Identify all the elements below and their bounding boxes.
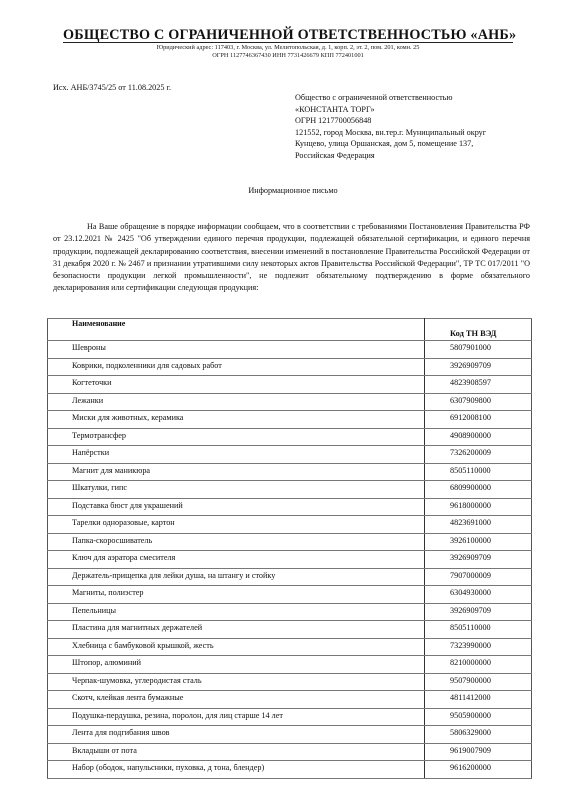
product-name-cell: Пластина для магнитных держателей xyxy=(48,621,425,639)
table-row: Когтеточки4823908597 xyxy=(48,376,532,394)
recipient-line: Кунцево, улица Оршанская, дом 5, помещен… xyxy=(295,138,486,150)
product-name-cell: Шевроны xyxy=(48,341,425,359)
product-name-cell: Лежанки xyxy=(48,393,425,411)
table-body: Шевроны5807901000Коврики, подколенники д… xyxy=(48,341,532,779)
product-name-cell: Напёрстки xyxy=(48,446,425,464)
hs-code-cell: 3926100000 xyxy=(425,533,532,551)
hs-code-cell: 9616200000 xyxy=(425,761,532,779)
hs-code-cell: 7323990000 xyxy=(425,638,532,656)
hs-code-cell: 6304930000 xyxy=(425,586,532,604)
hs-code-cell: 5807901000 xyxy=(425,341,532,359)
hs-code-cell: 7907000009 xyxy=(425,568,532,586)
product-name-cell: Держатель-прищепка для лейки душа, на шт… xyxy=(48,568,425,586)
table-row: Магниты, полиэстер6304930000 xyxy=(48,586,532,604)
hs-code-cell: 8505110000 xyxy=(425,621,532,639)
product-name-cell: Магнит для маникюра xyxy=(48,463,425,481)
table-row: Черпак-шумовка, углеродистая сталь950790… xyxy=(48,673,532,691)
product-name-cell: Хлебница с бамбуковой крышкой, жесть xyxy=(48,638,425,656)
table-row: Лента для подгибания швов5806329000 xyxy=(48,726,532,744)
table-row: Термотрансфер4908900000 xyxy=(48,428,532,446)
table-row: Пепельницы3926909709 xyxy=(48,603,532,621)
table-row: Ключ для аэратора смесителя3926909709 xyxy=(48,551,532,569)
header-divider xyxy=(63,42,513,43)
table-row: Лежанки6307909800 xyxy=(48,393,532,411)
product-name-cell: Папка-скоросшиватель xyxy=(48,533,425,551)
hs-code-cell: 9618000000 xyxy=(425,498,532,516)
product-name-cell: Скотч, клейкая лента бумажные xyxy=(48,691,425,709)
recipient-line: «КОНСТАНТА ТОРГ» xyxy=(295,104,486,116)
hs-code-cell: 4811412000 xyxy=(425,691,532,709)
table-row: Штопор, алюминий8210000000 xyxy=(48,656,532,674)
product-name-cell: Когтеточки xyxy=(48,376,425,394)
hs-code-cell: 5806329000 xyxy=(425,726,532,744)
product-name-cell: Набор (ободок, напульсники, пуховка, д т… xyxy=(48,761,425,779)
hs-code-cell: 9505900000 xyxy=(425,708,532,726)
product-name-cell: Черпак-шумовка, углеродистая сталь xyxy=(48,673,425,691)
column-header-code: Код ТН ВЭД xyxy=(425,319,532,341)
product-name-cell: Магниты, полиэстер xyxy=(48,586,425,604)
product-name-cell: Термотрансфер xyxy=(48,428,425,446)
hs-code-cell: 3926909709 xyxy=(425,551,532,569)
hs-code-cell: 3926909709 xyxy=(425,358,532,376)
legal-address: Юридический адрес: 117403, г. Москва, ул… xyxy=(63,44,513,51)
product-name-cell: Вкладыши от пота xyxy=(48,743,425,761)
table-row: Папка-скоросшиватель3926100000 xyxy=(48,533,532,551)
recipient-line: Российская Федерация xyxy=(295,150,486,162)
hs-code-cell: 9619007909 xyxy=(425,743,532,761)
table-row: Набор (ободок, напульсники, пуховка, д т… xyxy=(48,761,532,779)
product-name-cell: Лента для подгибания швов xyxy=(48,726,425,744)
product-name-cell: Тарелки одноразовые, картон xyxy=(48,516,425,534)
hs-code-cell: 8210000000 xyxy=(425,656,532,674)
table-row: Пластина для магнитных держателей8505110… xyxy=(48,621,532,639)
table-row: Держатель-прищепка для лейки душа, на шт… xyxy=(48,568,532,586)
recipient-line: ОГРН 1217700056848 xyxy=(295,115,486,127)
table-row: Вкладыши от пота9619007909 xyxy=(48,743,532,761)
product-name-cell: Пепельницы xyxy=(48,603,425,621)
product-name-cell: Подушка-пердушка, резина, поролон, для л… xyxy=(48,708,425,726)
table-row: Напёрстки7326200009 xyxy=(48,446,532,464)
products-table: Наименование Код ТН ВЭД Шевроны580790100… xyxy=(47,318,532,779)
table-row: Магнит для маникюра8505110000 xyxy=(48,463,532,481)
table-header-row: Наименование Код ТН ВЭД xyxy=(48,319,532,341)
registration-numbers: ОГРН 1127746367430 ИНН 7731426679 КПП 77… xyxy=(63,52,513,59)
table-row: Подушка-пердушка, резина, поролон, для л… xyxy=(48,708,532,726)
table-row: Шкатулки, гипс6809900000 xyxy=(48,481,532,499)
product-name-cell: Подставка бюст для украшений xyxy=(48,498,425,516)
table-row: Подставка бюст для украшений9618000000 xyxy=(48,498,532,516)
product-name-cell: Штопор, алюминий xyxy=(48,656,425,674)
hs-code-cell: 4823691000 xyxy=(425,516,532,534)
hs-code-cell: 4823908597 xyxy=(425,376,532,394)
recipient-block: Общество с ограниченной ответственностью… xyxy=(295,92,486,162)
product-name-cell: Миски для животных, керамика xyxy=(48,411,425,429)
product-name-cell: Коврики, подколенники для садовых работ xyxy=(48,358,425,376)
hs-code-cell: 6307909800 xyxy=(425,393,532,411)
hs-code-cell: 4908900000 xyxy=(425,428,532,446)
table-row: Хлебница с бамбуковой крышкой, жесть7323… xyxy=(48,638,532,656)
table-row: Коврики, подколенники для садовых работ3… xyxy=(48,358,532,376)
hs-code-cell: 6912008100 xyxy=(425,411,532,429)
hs-code-cell: 9507900000 xyxy=(425,673,532,691)
hs-code-cell: 8505110000 xyxy=(425,463,532,481)
table-row: Шевроны5807901000 xyxy=(48,341,532,359)
hs-code-cell: 7326200009 xyxy=(425,446,532,464)
table-row: Тарелки одноразовые, картон4823691000 xyxy=(48,516,532,534)
table-row: Миски для животных, керамика6912008100 xyxy=(48,411,532,429)
product-name-cell: Ключ для аэратора смесителя xyxy=(48,551,425,569)
product-name-cell: Шкатулки, гипс xyxy=(48,481,425,499)
column-header-name: Наименование xyxy=(48,319,425,341)
letter-title: Информационное письмо xyxy=(53,186,533,195)
hs-code-cell: 3926909709 xyxy=(425,603,532,621)
letter-body: На Ваше обращение в порядке информации с… xyxy=(53,221,530,295)
outgoing-reference: Исх. АНБ/3745/25 от 11.08.2025 г. xyxy=(53,83,171,92)
recipient-line: Общество с ограниченной ответственностью xyxy=(295,92,486,104)
table-row: Скотч, клейкая лента бумажные4811412000 xyxy=(48,691,532,709)
recipient-line: 121552, город Москва, вн.тер.г. Муниципа… xyxy=(295,127,486,139)
hs-code-cell: 6809900000 xyxy=(425,481,532,499)
